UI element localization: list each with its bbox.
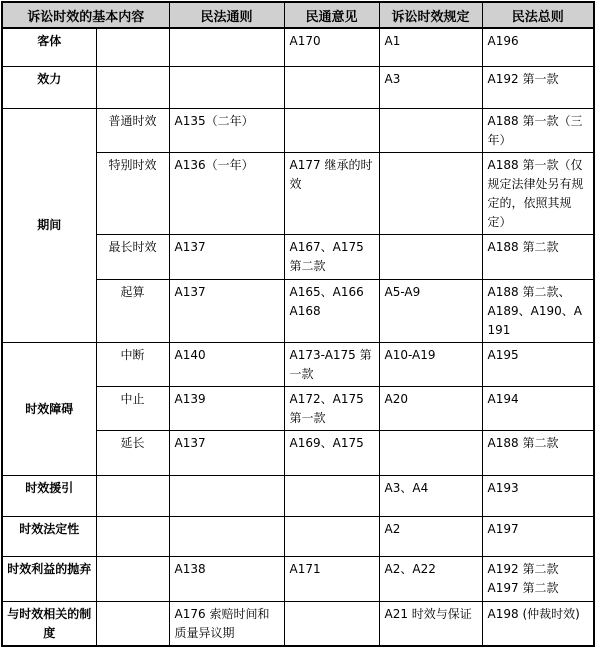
sub-label [96,516,169,556]
cell-sssx-guiding: A3 [379,66,482,108]
cell-minfa-zongze: A188 第二款、 A189、A190、A191 [482,279,594,342]
cell-minfa-tongze: A137 [169,430,284,475]
cell-sssx-guiding [379,430,482,475]
cell-sssx-guiding [379,234,482,279]
row-label-shixiao-fadingxing: 时效法定性 [2,516,96,556]
sub-label-zuichang-shixiao: 最长时效 [96,234,169,279]
cell-sssx-guiding: A10-A19 [379,342,482,386]
cell-minfa-tongze [169,28,284,66]
cell-mintong-yijian: A167、A175 第二款 [284,234,379,279]
cell-minfa-zongze: A193 [482,475,594,516]
cell-mintong-yijian [284,108,379,152]
table-row: 时效援引 A3、A4 A193 [2,475,594,516]
cell-minfa-zongze: A198 (仲裁时效) [482,601,594,646]
cell-mintong-yijian: A172、A175 第一款 [284,386,379,430]
sub-label-zhongzhi: 中止 [96,386,169,430]
header-minfa-tongze: 民法通则 [169,2,284,28]
cell-minfa-zongze: A188 第二款 [482,430,594,475]
cell-minfa-tongze: A136（一年） [169,152,284,234]
sub-label [96,475,169,516]
cell-sssx-guiding: A2、A22 [379,556,482,601]
row-label-keti: 客体 [2,28,96,66]
sub-label-qisuan: 起算 [96,279,169,342]
limitation-comparison-table: 诉讼时效的基本内容 民法通则 民通意见 诉讼时效规定 民法总则 客体 A170 … [1,1,595,647]
cell-minfa-tongze: A137 [169,279,284,342]
sub-label-putong-shixiao: 普通时效 [96,108,169,152]
cell-minfa-zongze: A195 [482,342,594,386]
table-row: 客体 A170 A1 A196 [2,28,594,66]
header-row: 诉讼时效的基本内容 民法通则 民通意见 诉讼时效规定 民法总则 [2,2,594,28]
cell-minfa-zongze: A192 第二款 A197 第二款 [482,556,594,601]
cell-sssx-guiding: A21 时效与保证 [379,601,482,646]
cell-sssx-guiding: A5-A9 [379,279,482,342]
cell-sssx-guiding [379,108,482,152]
cell-minfa-tongze: A139 [169,386,284,430]
cell-minfa-zongze: A196 [482,28,594,66]
cell-sssx-guiding: A1 [379,28,482,66]
cell-minfa-tongze [169,66,284,108]
header-minfa-zongze: 民法总则 [482,2,594,28]
row-label-qijian: 期间 [2,108,96,342]
cell-mintong-yijian [284,475,379,516]
cell-mintong-yijian [284,66,379,108]
sub-label-yanchang: 延长 [96,430,169,475]
cell-minfa-zongze: A188 第一款（仅规定法律处另有规定的，依照其规定） [482,152,594,234]
cell-minfa-zongze: A194 [482,386,594,430]
sub-label [96,556,169,601]
cell-minfa-zongze: A197 [482,516,594,556]
cell-mintong-yijian: A173-A175 第一款 [284,342,379,386]
sub-label [96,66,169,108]
cell-mintong-yijian: A169、A175 [284,430,379,475]
cell-minfa-tongze: A176 索赔时间和质量异议期 [169,601,284,646]
table-row: 期间 普通时效 A135（二年） A188 第一款（三年） [2,108,594,152]
header-mintong-yijian: 民通意见 [284,2,379,28]
table-row: 时效障碍 中断 A140 A173-A175 第一款 A10-A19 A195 [2,342,594,386]
header-basic-content: 诉讼时效的基本内容 [2,2,169,28]
sub-label-zhongduan: 中断 [96,342,169,386]
cell-minfa-tongze: A138 [169,556,284,601]
cell-minfa-tongze [169,516,284,556]
cell-minfa-tongze [169,475,284,516]
row-label-shixiao-yuanyin: 时效援引 [2,475,96,516]
row-label-yu-shixiao-xiangguan-zhidu: 与时效相关的制度 [2,601,96,646]
cell-mintong-yijian: A165、A166 A168 [284,279,379,342]
sub-label [96,601,169,646]
cell-minfa-zongze: A188 第二款 [482,234,594,279]
cell-sssx-guiding [379,152,482,234]
row-label-xiaoli: 效力 [2,66,96,108]
cell-minfa-tongze: A135（二年） [169,108,284,152]
document-page: 诉讼时效的基本内容 民法通则 民通意见 诉讼时效规定 民法总则 客体 A170 … [0,0,596,594]
cell-minfa-zongze: A188 第一款（三年） [482,108,594,152]
table-row: 与时效相关的制度 A176 索赔时间和质量异议期 A21 时效与保证 A198 … [2,601,594,646]
cell-mintong-yijian [284,516,379,556]
cell-minfa-tongze: A137 [169,234,284,279]
cell-sssx-guiding: A2 [379,516,482,556]
table-row: 效力 A3 A192 第一款 [2,66,594,108]
cell-minfa-zongze: A192 第一款 [482,66,594,108]
row-label-shixiao-zhangai: 时效障碍 [2,342,96,475]
cell-mintong-yijian: A170 [284,28,379,66]
cell-sssx-guiding: A20 [379,386,482,430]
sub-label [96,28,169,66]
sub-label-tebie-shixiao: 特别时效 [96,152,169,234]
cell-mintong-yijian: A177 继承的时效 [284,152,379,234]
cell-mintong-yijian: A171 [284,556,379,601]
header-sssx-guiding: 诉讼时效规定 [379,2,482,28]
table-row: 时效利益的抛弃 A138 A171 A2、A22 A192 第二款 A197 第… [2,556,594,601]
row-label-shixiao-liyi-paoqi: 时效利益的抛弃 [2,556,96,601]
cell-minfa-tongze: A140 [169,342,284,386]
table-row: 时效法定性 A2 A197 [2,516,594,556]
cell-mintong-yijian [284,601,379,646]
cell-sssx-guiding: A3、A4 [379,475,482,516]
